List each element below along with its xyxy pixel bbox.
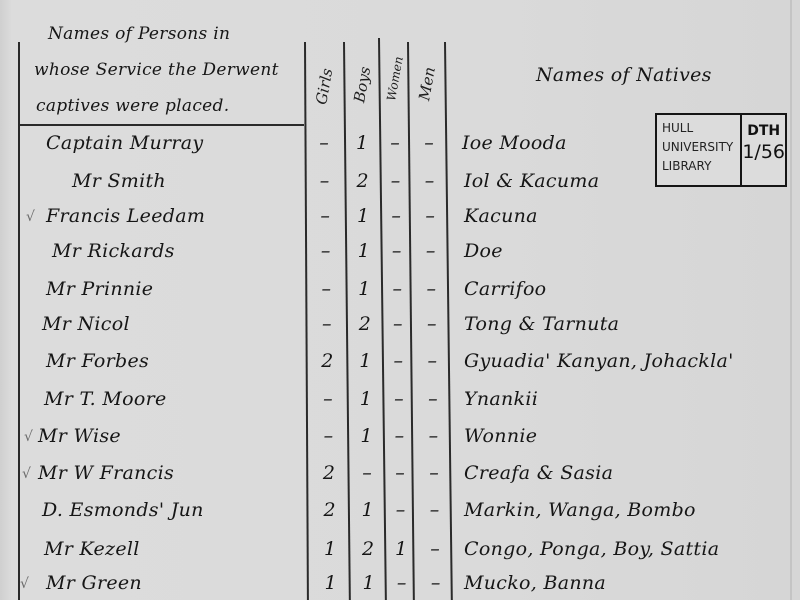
men-count: – [416, 240, 446, 262]
boys-count: 1 [349, 240, 379, 262]
column-header-men: Men [415, 65, 439, 102]
women-count: – [381, 170, 411, 192]
men-count: – [415, 170, 445, 192]
person-name: Mr Green [46, 572, 142, 594]
column-header-girls: Girls [312, 67, 336, 106]
stamp-institution: HULL UNIVERSITY LIBRARY [657, 115, 742, 185]
girls-count: 2 [312, 350, 342, 372]
girls-count: – [310, 170, 340, 192]
person-name: D. Esmonds' Jun [42, 499, 204, 521]
girls-count: – [310, 205, 340, 227]
person-name: Mr Smith [72, 170, 166, 192]
women-count: – [387, 572, 417, 594]
person-name: Mr T. Moore [44, 388, 167, 410]
natives-names: Carrifoo [464, 278, 546, 300]
column-divider-person [304, 42, 308, 600]
women-count: – [382, 240, 412, 262]
men-count: – [414, 132, 444, 154]
men-count: – [420, 499, 450, 521]
tick-mark: √ [24, 429, 33, 445]
women-count: – [383, 313, 413, 335]
men-count: – [421, 572, 451, 594]
natives-names: Wonnie [464, 425, 537, 447]
boys-count: 1 [350, 350, 380, 372]
girls-count: 2 [314, 462, 344, 484]
natives-names: Congo, Ponga, Boy, Sattia [464, 538, 719, 560]
men-count: – [419, 462, 449, 484]
stamp-line-1: HULL [662, 119, 740, 138]
natives-names: Ynankii [464, 388, 538, 410]
women-count: 1 [386, 538, 416, 560]
women-count: – [383, 350, 413, 372]
boys-count: 1 [351, 388, 381, 410]
men-count: – [418, 425, 448, 447]
tick-mark: √ [22, 466, 31, 482]
person-name: Mr Prinnie [46, 278, 153, 300]
women-count: – [386, 499, 416, 521]
girls-count: – [311, 240, 341, 262]
person-name: Mr Wise [38, 425, 121, 447]
men-count: – [420, 538, 450, 560]
person-name: Francis Leedam [46, 205, 205, 227]
stamp-reference-box: DTH 1/56 [742, 115, 785, 185]
men-count: – [417, 313, 447, 335]
natives-names: Kacuna [464, 205, 538, 227]
boys-count: 2 [350, 313, 380, 335]
natives-names: Gyuadia' Kanyan, Johackla' [464, 350, 734, 372]
person-header-line-3: captives were placed. [36, 96, 229, 116]
column-header-boys: Boys [350, 65, 374, 104]
header-rule [18, 124, 304, 126]
men-count: – [415, 205, 445, 227]
person-header-line-1: Names of Persons in [48, 24, 230, 44]
person-header-line-2: whose Service the Derwent [34, 60, 279, 80]
stamp-line-2: UNIVERSITY [662, 138, 740, 157]
women-count: – [385, 462, 415, 484]
women-count: – [381, 205, 411, 227]
library-stamp: HULL UNIVERSITY LIBRARY DTH 1/56 [655, 113, 787, 187]
natives-names: Markin, Wanga, Bombo [464, 499, 696, 521]
girls-count: – [312, 313, 342, 335]
page-edge-right [790, 0, 792, 600]
natives-header: Names of Natives [536, 64, 712, 86]
tick-mark: √ [20, 576, 29, 592]
natives-names: Doe [464, 240, 503, 262]
women-count: – [384, 425, 414, 447]
men-count: – [416, 278, 446, 300]
boys-count: 1 [353, 499, 383, 521]
stamp-reference-number: 1/56 [742, 141, 785, 163]
girls-count: 1 [315, 538, 345, 560]
women-count: – [384, 388, 414, 410]
person-name: Captain Murray [46, 132, 203, 154]
natives-names: Iol & Kacuma [464, 170, 599, 192]
men-count: – [417, 350, 447, 372]
girls-count: 1 [316, 572, 346, 594]
tick-mark: √ [26, 209, 35, 225]
boys-count: 1 [351, 425, 381, 447]
girls-count: – [309, 132, 339, 154]
men-count: – [418, 388, 448, 410]
natives-names: Ioe Mooda [462, 132, 567, 154]
boys-count: 1 [347, 132, 377, 154]
column-header-women: Women [384, 55, 406, 102]
boys-count: 1 [349, 278, 379, 300]
person-name: Mr W Francis [38, 462, 174, 484]
table-left-border [18, 42, 20, 600]
natives-names: Mucko, Banna [464, 572, 606, 594]
boys-count: 2 [353, 538, 383, 560]
person-name: Mr Kezell [44, 538, 140, 560]
boys-count: – [352, 462, 382, 484]
girls-count: – [311, 278, 341, 300]
boys-count: 2 [348, 170, 378, 192]
girls-count: – [313, 425, 343, 447]
natives-names: Tong & Tarnuta [464, 313, 619, 335]
girls-count: – [313, 388, 343, 410]
girls-count: 2 [315, 499, 345, 521]
women-count: – [382, 278, 412, 300]
stamp-collection-code: DTH [742, 123, 785, 139]
person-name: Mr Rickards [52, 240, 175, 262]
natives-names: Creafa & Sasia [464, 462, 613, 484]
stamp-line-3: LIBRARY [662, 157, 740, 176]
boys-count: 1 [354, 572, 384, 594]
person-name: Mr Nicol [42, 313, 130, 335]
person-name: Mr Forbes [46, 350, 149, 372]
women-count: – [380, 132, 410, 154]
boys-count: 1 [348, 205, 378, 227]
